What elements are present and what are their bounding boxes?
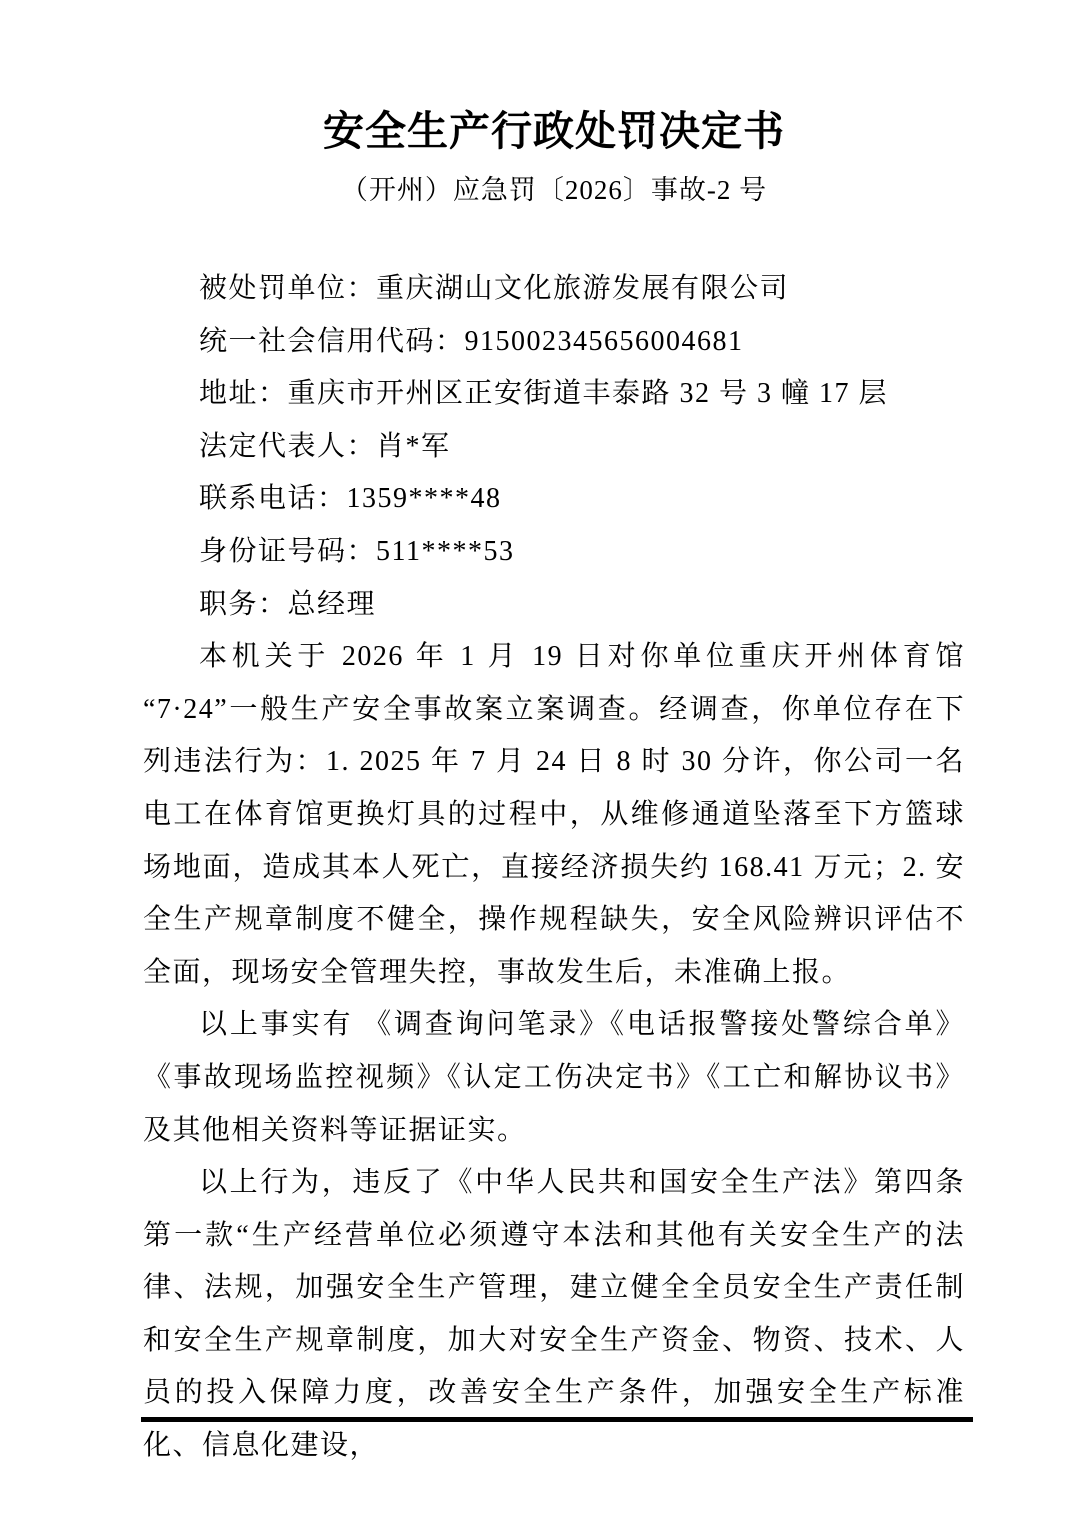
page-bottom-rule <box>141 1417 973 1422</box>
document-body: 被处罚单位：重庆湖山文化旅游发展有限公司 统一社会信用代码：9150023456… <box>143 263 965 1473</box>
info-line-credit-code: 统一社会信用代码：915002345656004681 <box>143 316 965 369</box>
info-label: 统一社会信用代码： <box>199 326 465 357</box>
paragraph-legal-basis: 以上行为，违反了《中华人民共和国安全生产法》第四条第一款“生产经营单位必须遵守本… <box>143 1157 965 1473</box>
document-number: （开州）应急罚〔2026〕事故-2 号 <box>143 170 965 210</box>
info-value: 肖*军 <box>376 431 451 462</box>
info-value: 1359****48 <box>347 483 502 514</box>
info-value: 重庆市开州区正安街道丰泰路 32 号 3 幢 17 层 <box>288 378 889 409</box>
info-label: 地址： <box>199 378 288 409</box>
info-label: 身份证号码： <box>199 536 376 567</box>
info-label: 职务： <box>199 589 288 620</box>
info-value: 915002345656004681 <box>465 326 744 357</box>
info-label: 联系电话： <box>199 483 347 514</box>
info-value: 重庆湖山文化旅游发展有限公司 <box>376 273 789 304</box>
paragraph-evidence: 以上事实有 《调查询问笔录》《电话报警接处警综合单》《事故现场监控视频》《认定工… <box>143 999 965 1157</box>
info-value: 511****53 <box>376 536 514 567</box>
document-page: 安全生产行政处罚决定书 （开州）应急罚〔2026〕事故-2 号 被处罚单位：重庆… <box>0 0 1074 1520</box>
info-value: 总经理 <box>288 589 377 620</box>
info-line-address: 地址：重庆市开州区正安街道丰泰路 32 号 3 幢 17 层 <box>143 368 965 421</box>
paragraph-facts-investigation: 本机关于 2026 年 1 月 19 日对你单位重庆开州体育馆“7·24”一般生… <box>143 631 965 999</box>
info-line-position: 职务：总经理 <box>143 579 965 632</box>
info-line-id-number: 身份证号码：511****53 <box>143 526 965 579</box>
document-title: 安全生产行政处罚决定书 <box>143 100 965 162</box>
info-line-phone: 联系电话：1359****48 <box>143 473 965 526</box>
info-line-penalized-unit: 被处罚单位：重庆湖山文化旅游发展有限公司 <box>143 263 965 316</box>
info-label: 法定代表人： <box>199 431 376 462</box>
info-label: 被处罚单位： <box>199 273 376 304</box>
info-line-legal-representative: 法定代表人：肖*军 <box>143 421 965 474</box>
document-content: 安全生产行政处罚决定书 （开州）应急罚〔2026〕事故-2 号 被处罚单位：重庆… <box>143 100 965 1473</box>
